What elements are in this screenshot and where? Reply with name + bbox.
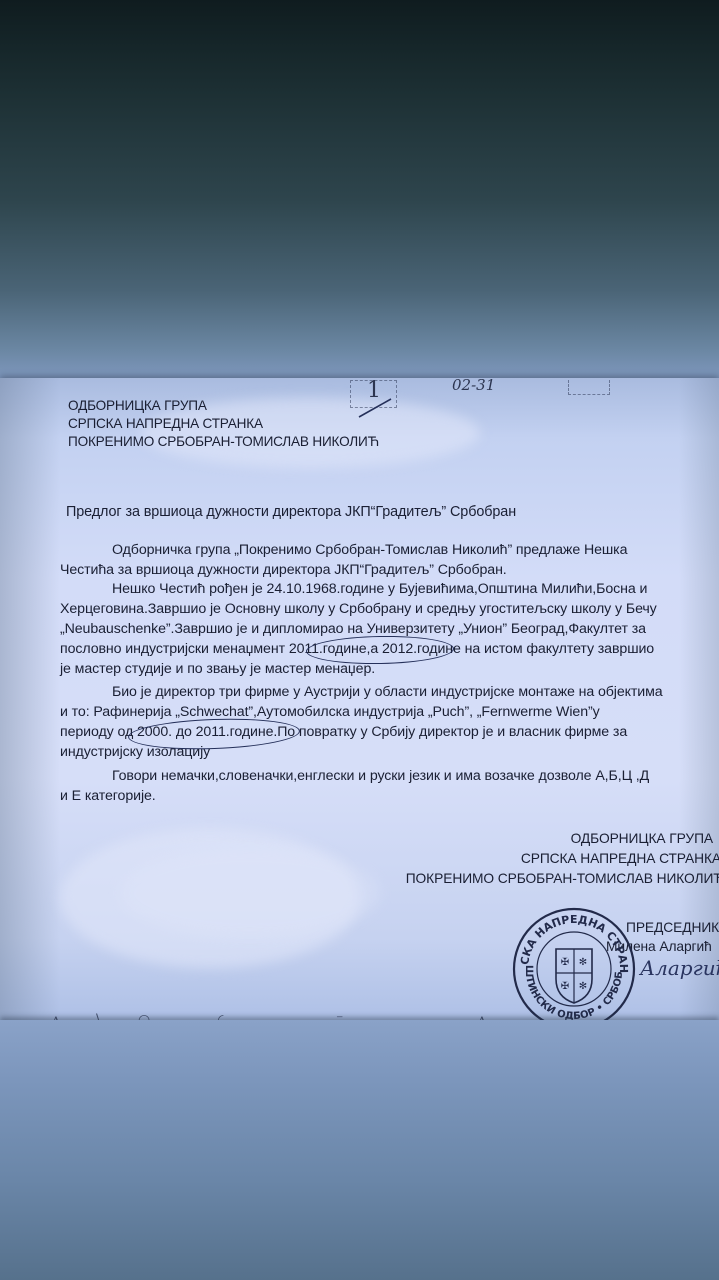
underlying-sheet [0, 1020, 719, 1280]
signature-line-3: ПОКРЕНИМО СРБОБРАН-ТОМИСЛАВ НИКОЛИЋ [406, 869, 719, 888]
registry-box [568, 380, 610, 395]
paragraph-line: и Е категорије. [60, 787, 156, 806]
paragraph-line: Херцеговина.Завршио је Основну школу у С… [60, 600, 657, 619]
header-line-1: ОДБОРНИЦКА ГРУПА [68, 396, 207, 415]
handwritten-signature: Аларгић [640, 956, 719, 980]
paragraph-line: Нешко Честић рођен је 24.10.1968.године … [112, 580, 647, 599]
paragraph-line: и то: Рафинерија „Schwechat”,Аутомобилск… [60, 703, 600, 722]
paragraph-line: је мастер студије и по звању је мастер м… [60, 660, 375, 679]
official-seal-icon: СРПСКА НАПРЕДНА СТРАНКА ОПШТИНСКИ ОДБОР … [510, 905, 638, 1033]
svg-text:СРПСКА НАПРЕДНА СТРАНКА: СРПСКА НАПРЕДНА СТРАНКА [510, 905, 630, 973]
header-line-2: СРПСКА НАПРЕДНА СТРАНКА [68, 414, 263, 433]
photo-scene: 1 02-31 ОДБОРНИЦКА ГРУПА СРПСКА НАПРЕДНА… [0, 0, 719, 1280]
header-line-3: ПОКРЕНИМО СРБОБРАН-ТОМИСЛАВ НИКОЛИЋ [68, 432, 379, 451]
paragraph-line: Честића за вршиоца дужности директора ЈК… [60, 561, 507, 580]
svg-text:✻: ✻ [579, 981, 587, 992]
paragraph-line: Био је директор три фирме у Аустрији у о… [112, 683, 663, 702]
signature-line-1: ОДБОРНИЦКА ГРУПА [571, 829, 713, 848]
document-title: Предлог за вршиоца дужности директора ЈК… [66, 503, 516, 522]
svg-text:✻: ✻ [579, 957, 587, 968]
pen-stroke-icon [355, 395, 395, 420]
paragraph-line: Говори немачки,словеначки,енглески и рус… [112, 767, 649, 786]
paragraph-line: „Neubauschenke”.Завршио је и дипломирао … [60, 620, 646, 639]
svg-text:✠: ✠ [561, 957, 569, 968]
whiteout-smudge [120, 848, 380, 938]
signature-line-2: СРПСКА НАПРЕДНА СТРАНКА [521, 849, 719, 868]
signature-role: ПРЕДСЕДНИК [626, 918, 719, 937]
registry-code: 02-31 [452, 376, 495, 394]
paragraph-line: Одборничка група „Покренимо Србобран-Том… [112, 541, 627, 560]
svg-text:✠: ✠ [561, 981, 569, 992]
